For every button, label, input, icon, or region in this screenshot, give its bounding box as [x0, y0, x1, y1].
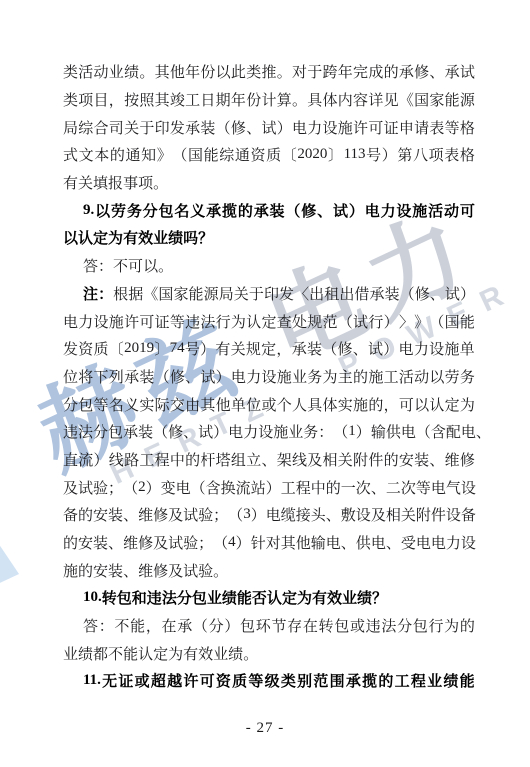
- text-line: 施的安装、维修及试验。: [63, 556, 475, 584]
- text-line: 及试验；（2）变电（含换流站）工程中的一次、二次等电气设: [63, 473, 475, 501]
- text-line: 业绩都不能认定为有效业绩。: [63, 639, 475, 667]
- text-line: 的安装、维修及试验；（4）针对其他输电、供电、受电电力设: [63, 529, 475, 557]
- document-body: 类活动业绩。其他年份以此类推。对于跨年完成的承修、承试类项目，按照其竣工日期年份…: [63, 58, 475, 695]
- text-line: 有关填报事项。: [63, 169, 475, 197]
- text-line: 电力设施许可证等违法行为认定查处规范（试行）〉》（国能: [63, 307, 475, 335]
- text-line: 局综合司关于印发承装（修、试）电力设施许可证申请表等格: [63, 113, 475, 141]
- text-line: 答：不能，在承（分）包环节存在转包或违法分包行为的: [63, 612, 475, 640]
- text-line: 10.转包和违法分包业绩能否认定为有效业绩？: [63, 584, 475, 612]
- text-line: 位将下列承装（修、试）电力设施业务为主的施工活动以劳务: [63, 363, 475, 391]
- text-line: 注：根据《国家能源局关于印发〈出租出借承装（修、试）: [63, 280, 475, 308]
- text-line: 式文本的通知》（国能综通资质〔2020〕113 号）第八项表格: [63, 141, 475, 169]
- text-line: 类项目，按照其竣工日期年份计算。具体内容详见《国家能源: [63, 86, 475, 114]
- text-line: 发资质〔2019〕74 号）有关规定，承装（修、试）电力设施单: [63, 335, 475, 363]
- text-line: 答：不可以。: [63, 252, 475, 280]
- text-line: 以认定为有效业绩吗？: [63, 224, 475, 252]
- power-company-logo-icon: [0, 377, 69, 609]
- text-line: 直流）线路工程中的杆塔组立、架线及相关附件的安装、维修: [63, 446, 475, 474]
- text-line: 备的安装、维修及试验；（3）电缆接头、敷设及相关附件设备: [63, 501, 475, 529]
- document-page: 赫兹 HERTZ 电力 POWER 类活动业绩。其他年份以此类推。对于跨年完成的…: [0, 0, 530, 767]
- text-line: 违法分包承装（修、试）电力设施业务：（1）输供电（含配电、: [63, 418, 475, 446]
- page-number: - 27 -: [0, 720, 530, 737]
- text-line: 分包等名义实际交由其他单位或个人具体实施的，可以认定为: [63, 390, 475, 418]
- text-line: 11.无证或超越许可资质等级类别范围承揽的工程业绩能: [63, 667, 475, 695]
- text-line: 类活动业绩。其他年份以此类推。对于跨年完成的承修、承试: [63, 58, 475, 86]
- text-line: 9.以劳务分包名义承揽的承装（修、试）电力设施活动可: [63, 196, 475, 224]
